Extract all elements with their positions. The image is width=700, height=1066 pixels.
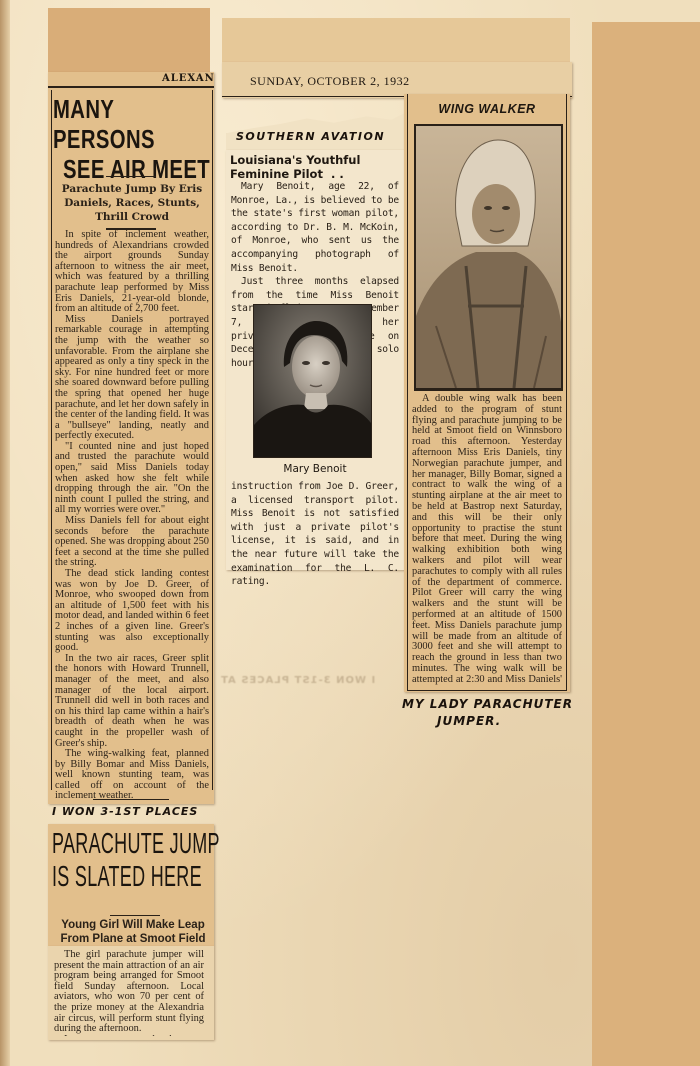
- article-body: In spite of inclement weather, hundreds …: [55, 230, 209, 800]
- paragraph: Miss Daniels portrayed remarkable courag…: [55, 315, 209, 442]
- clipping-stain-top-left: [48, 8, 210, 78]
- clipping-wing-walker: WING WALKER A: [404, 94, 570, 692]
- article-body: A double wing walk has been added to the…: [412, 394, 562, 686]
- photo-caption: Mary Benoit: [226, 463, 404, 475]
- paragraph: The wing-walking feat, planned by Billy …: [55, 749, 209, 800]
- handwritten-caption-line-2: JUMPER.: [437, 714, 501, 728]
- paragraph: It was announced that no admission fee w…: [54, 1035, 204, 1036]
- wing-walker-photo: [414, 124, 563, 390]
- article-body: The girl parachute jumper will present t…: [54, 950, 204, 1036]
- paragraph: The girl parachute jumper will present t…: [54, 950, 204, 1035]
- headline: MANY PERSONS SEE AIR MEET: [54, 94, 210, 184]
- headline: WING WALKER: [404, 102, 570, 116]
- paragraph: A double wing walk has been added to the…: [412, 394, 562, 686]
- end-rule: [93, 799, 169, 800]
- portrait-photo-mary-benoit: [253, 304, 372, 458]
- dateline-strip: SUNDAY, OCTOBER 2, 1932: [222, 62, 572, 98]
- paragraph: In the two air races, Greer split the ho…: [55, 654, 209, 749]
- clipping-many-persons-see-air-meet: ALEXAN MANY PERSONS SEE AIR MEET Parachu…: [48, 72, 214, 804]
- dateline: SUNDAY, OCTOBER 2, 1932: [250, 74, 410, 89]
- paragraph: Mary Benoit, age 22, of Monroe, La., is …: [231, 180, 399, 275]
- paragraph: instruction from Joe D. Greer, a license…: [231, 480, 399, 589]
- scrapbook-page: ALEXAN MANY PERSONS SEE AIR MEET Parachu…: [0, 0, 700, 1066]
- headline-line-1: PARACHUTE JUMP: [52, 828, 213, 861]
- paragraph: In spite of inclement weather, hundreds …: [55, 230, 209, 315]
- portrait-figure: [254, 305, 371, 457]
- wing-walker-figure: [416, 126, 561, 388]
- clipping-stain-right: [592, 22, 700, 1066]
- page-binding-edge: [0, 0, 10, 1066]
- handwritten-note-won-places: I WON 3-1ST PLACES: [52, 805, 198, 818]
- clipping-parachute-jump-body: The girl parachute jumper will present t…: [48, 946, 214, 1040]
- subhead: Parachute Jump By Eris Daniels, Races, S…: [56, 182, 208, 224]
- headline-line-2: SEE AIR MEET: [63, 154, 219, 184]
- article-body-bottom: instruction from Joe D. Greer, a license…: [231, 480, 399, 589]
- clipping-louisiana-youthful-feminine-pilot: Louisiana's Youthful Feminine Pilot . . …: [226, 150, 404, 570]
- paragraph: "I counted nine and just hoped and trust…: [55, 442, 209, 516]
- torn-header-fragment: SOUTHERN AVATION: [226, 108, 406, 150]
- masthead-fragment: ALEXAN: [162, 73, 215, 84]
- paragraph: Miss Daniels fell for about eight second…: [55, 516, 209, 569]
- photo-bottom-rule: [414, 390, 563, 391]
- subhead: Young Girl Will Make Leap From Plane at …: [56, 918, 210, 946]
- divider: [110, 915, 160, 916]
- mirrored-offset-ink: I WON 3-1ST PLACES AT: [220, 675, 375, 686]
- headline-line-1: Louisiana's Youthful: [230, 153, 360, 167]
- headline-line-2: Feminine Pilot . .: [230, 167, 344, 181]
- clipping-parachute-jump-slated: PARACHUTE JUMP IS SLATED HERE Young Girl…: [48, 824, 214, 946]
- headline-line-2: IS SLATED HERE: [52, 861, 213, 894]
- divider: [106, 176, 156, 177]
- headline: PARACHUTE JUMP IS SLATED HERE: [52, 828, 214, 894]
- torn-header-text: SOUTHERN AVATION: [236, 130, 385, 143]
- masthead-rule: [48, 86, 214, 88]
- handwritten-caption-line-1: MY LADY PARACHUTER: [402, 697, 573, 711]
- paragraph: The dead stick landing contest was won b…: [55, 569, 209, 654]
- headline-line-1: MANY PERSONS: [53, 94, 209, 154]
